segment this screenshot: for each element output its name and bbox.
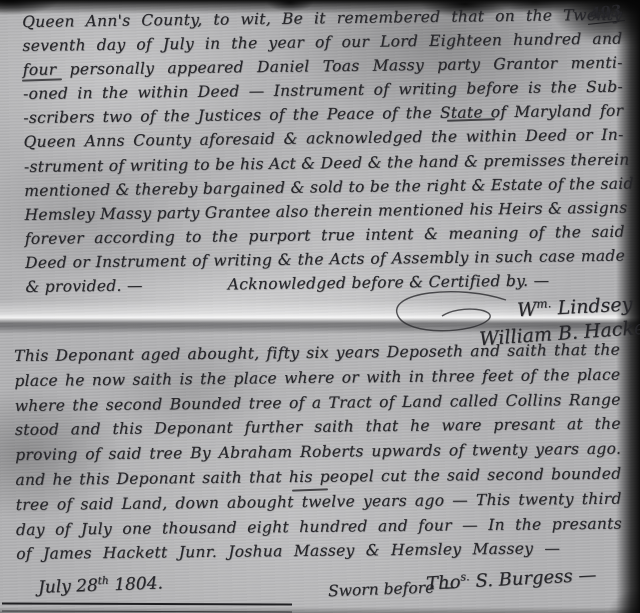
deposition-paragraph: This Deponant aged abought, fifty six ye…: [14, 338, 622, 568]
manuscript-line: of James Hackett Junr. Joshua Massey & H…: [16, 536, 622, 567]
acknowledgment-paragraph: Queen Ann's County, to wit, Be it rememb…: [22, 3, 625, 299]
acknowledged-before-text: Acknowledged before & Certified by. —: [228, 269, 550, 297]
manuscript-photo: 493 Queen Ann's County, to wit, Be it re…: [0, 0, 640, 613]
provided-text: & provided. —: [25, 274, 143, 300]
signature-burgess: Thos. S. Burgess —: [426, 564, 597, 595]
footer-date: July 28th 1804.: [38, 573, 164, 598]
closing-double-rule: [2, 602, 292, 612]
